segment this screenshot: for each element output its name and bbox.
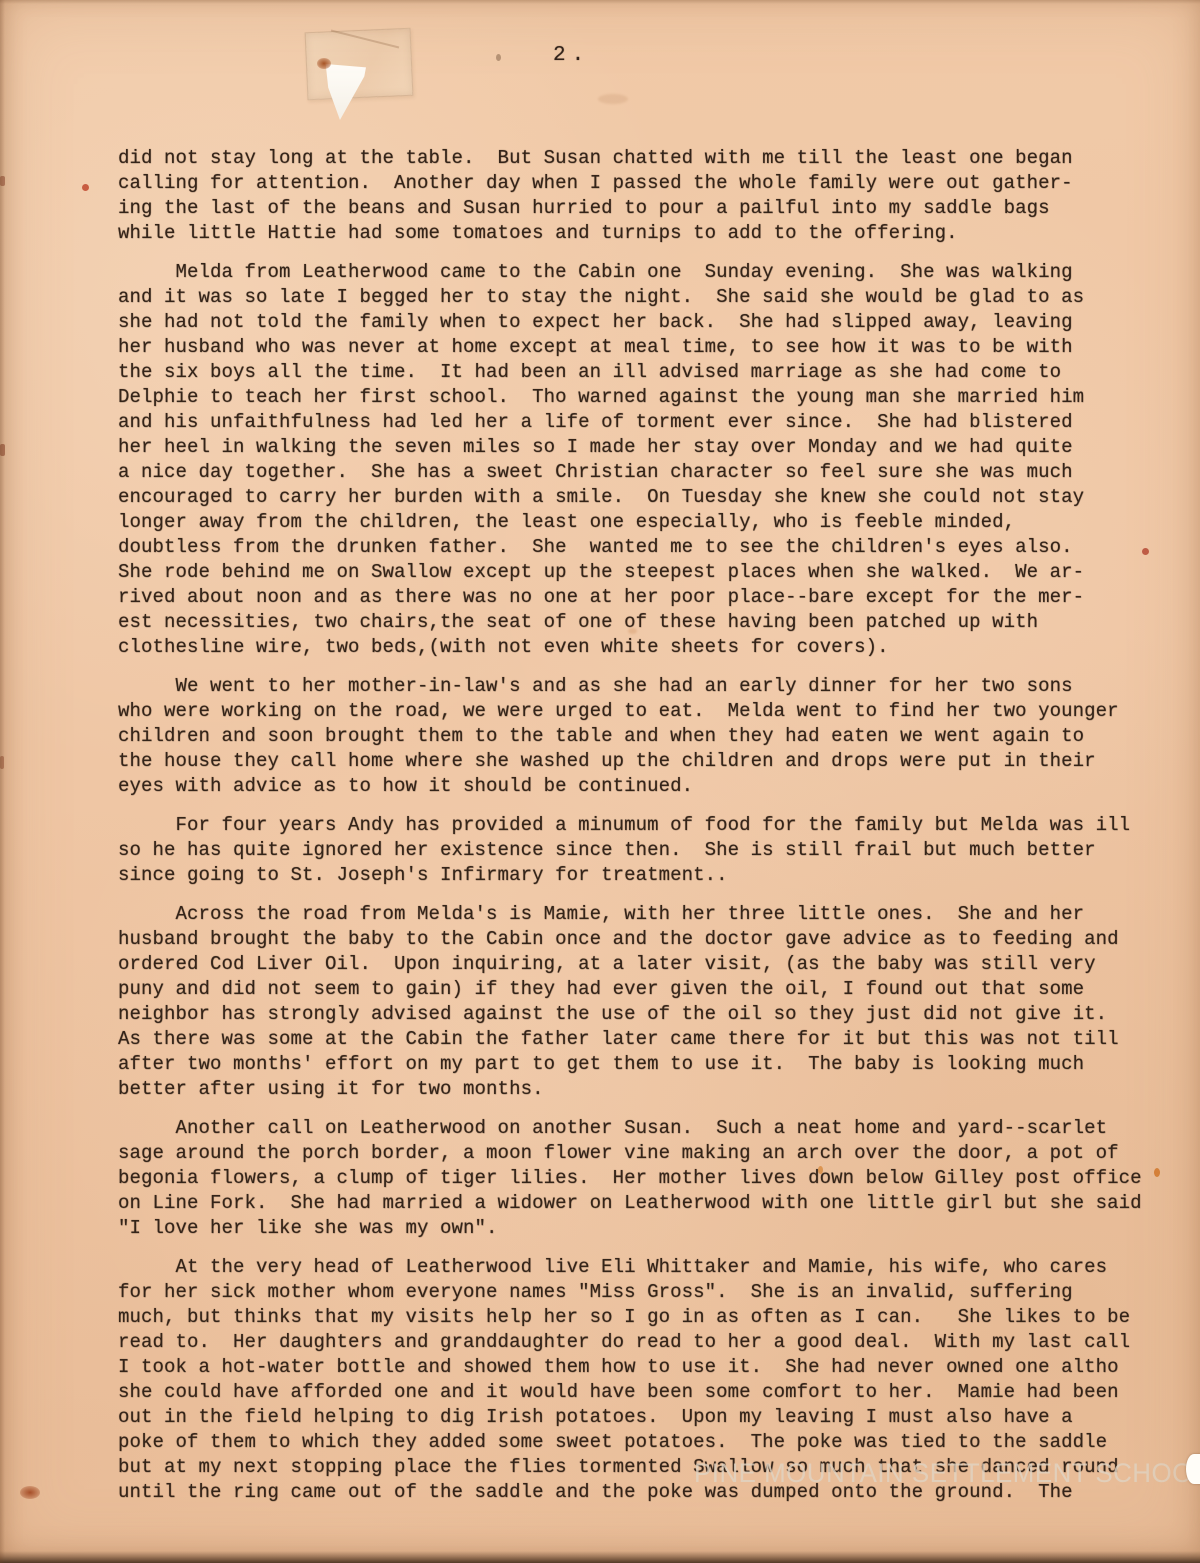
scan-edge-left (0, 0, 5, 1563)
page-number: 2. (553, 44, 590, 67)
scan-edge-bottom (0, 1551, 1200, 1563)
paragraph-2: Melda from Leatherwood came to the Cabin… (118, 260, 1188, 660)
stain (1142, 548, 1149, 555)
scanned-letter-page: 2. did not stay long at the table. But S… (0, 0, 1200, 1563)
paragraph-5: Across the road from Melda's is Mamie, w… (118, 902, 1188, 1102)
archive-watermark: PINE MOUNTAIN SETTLEMENT SCHOOL 2015 (694, 1458, 1200, 1489)
paragraph-4: For four years Andy has provided a minum… (118, 813, 1188, 888)
stain (20, 1486, 40, 1499)
letter-body: did not stay long at the table. But Susa… (118, 146, 1188, 1519)
paragraph-1: did not stay long at the table. But Susa… (118, 146, 1188, 246)
stain (598, 94, 628, 104)
torn-edge-notch (1186, 1454, 1200, 1484)
rust-stain (317, 58, 331, 69)
paragraph-3: We went to her mother-in-law's and as sh… (118, 674, 1188, 799)
paragraph-6: Another call on Leatherwood on another S… (118, 1116, 1188, 1241)
stain (82, 184, 89, 191)
stain (1154, 1168, 1160, 1177)
stain (496, 54, 501, 61)
stain (628, 628, 637, 634)
scan-edge-top (0, 0, 1200, 4)
stain (818, 1166, 823, 1174)
